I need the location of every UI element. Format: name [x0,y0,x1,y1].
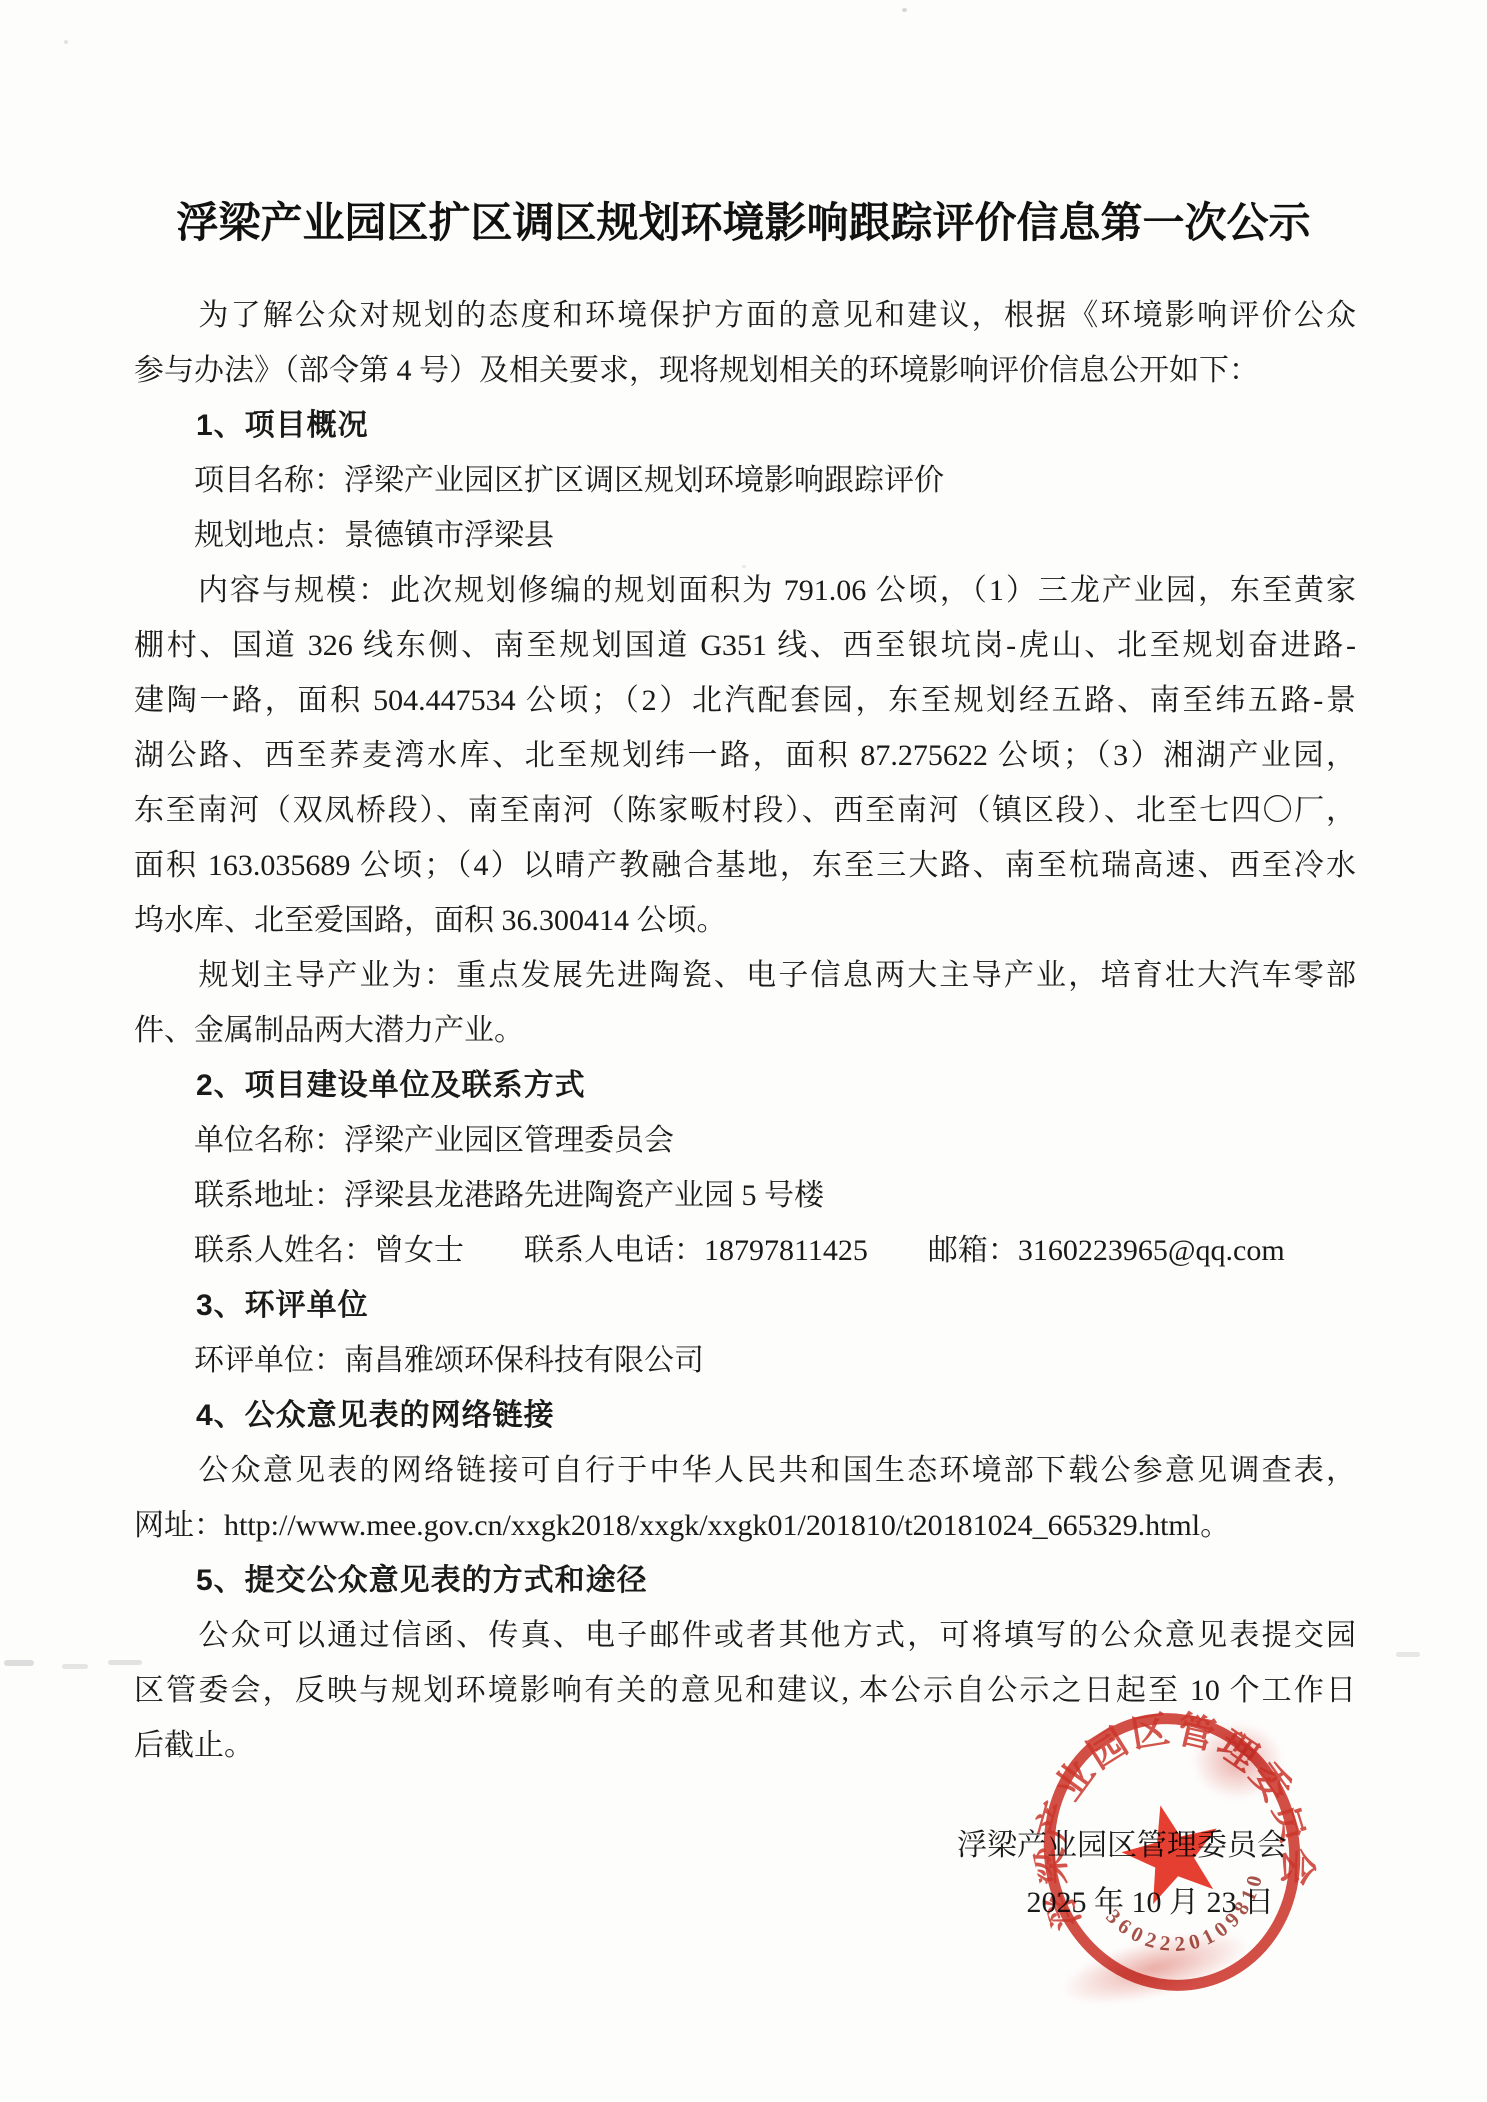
document-line: 公众可以通过信函、传真、电子邮件或者其他方式，可将填写的公众意见表提交园 [134,1608,1356,1663]
document-line: 东至南河（双凤桥段）、南至南河（陈家畈村段）、西至南河（镇区段）、北至七四〇厂， [134,783,1356,838]
scan-artifact [1396,1652,1420,1657]
scan-artifact [4,1660,34,1666]
section-heading: 4、公众意见表的网络链接 [134,1388,1356,1443]
document-line: 环评单位：南昌雅颂环保科技有限公司 [134,1333,1356,1388]
document-title: 浮梁产业园区扩区调区规划环境影响跟踪评价信息第一次公示 [0,190,1487,250]
document-line: 公众意见表的网络链接可自行于中华人民共和国生态环境部下载公参意见调查表， [134,1443,1356,1498]
document-line: 规划地点：景德镇市浮梁县 [134,508,1356,563]
section-heading: 1、项目概况 [134,398,1356,453]
star-icon [1113,1794,1231,1909]
document-line: 规划主导产业为：重点发展先进陶瓷、电子信息两大主导产业，培育壮大汽车零部 [134,948,1356,1003]
document-line: 面积 163.035689 公顷；（4）以晴产教融合基地，东至三大路、南至杭瑞高… [134,838,1356,893]
document-body: 为了解公众对规划的态度和环境保护方面的意见和建议，根据《环境影响评价公众参与办法… [134,288,1356,1773]
document-line: 坞水库、北至爱国路，面积 36.300414 公顷。 [134,893,1356,948]
scan-artifact [108,1660,142,1665]
scan-speck [742,565,746,568]
document-line: 件、金属制品两大潜力产业。 [134,1003,1356,1058]
document-line: 内容与规模：此次规划修编的规划面积为 791.06 公顷，（1）三龙产业园，东至… [134,563,1356,618]
scan-artifact [62,1664,88,1669]
scan-speck [64,40,68,44]
document-line: 联系地址：浮梁县龙港路先进陶瓷产业园 5 号楼 [134,1168,1356,1223]
document-line: 项目名称：浮梁产业园区扩区调区规划环境影响跟踪评价 [134,453,1356,508]
document-line: 联系人姓名：曾女士 联系人电话：18797811425 邮箱：316022396… [134,1223,1356,1278]
scanned-document-page: 浮梁产业园区扩区调区规划环境影响跟踪评价信息第一次公示 为了解公众对规划的态度和… [0,0,1487,2102]
document-line: 为了解公众对规划的态度和环境保护方面的意见和建议，根据《环境影响评价公众 [134,288,1356,343]
document-line: 棚村、国道 326 线东侧、南至规划国道 G351 线、西至银坑岗-虎山、北至规… [134,618,1356,673]
document-line: 网址：http://www.mee.gov.cn/xxgk2018/xxgk/x… [134,1498,1356,1553]
document-line: 建陶一路，面积 504.447534 公顷；（2）北汽配套园，东至规划经五路、南… [134,673,1356,728]
section-heading: 3、环评单位 [134,1278,1356,1333]
section-heading: 5、提交公众意见表的方式和途径 [134,1553,1356,1608]
scan-speck [902,8,907,12]
document-line: 单位名称：浮梁产业园区管理委员会 [134,1113,1356,1168]
document-line: 湖公路、西至荞麦湾水库、北至规划纬一路，面积 87.275622 公顷；（3）湘… [134,728,1356,783]
section-heading: 2、项目建设单位及联系方式 [134,1058,1356,1113]
document-line: 参与办法》（部令第 4 号）及相关要求，现将规划相关的环境影响评价信息公开如下： [134,343,1356,398]
